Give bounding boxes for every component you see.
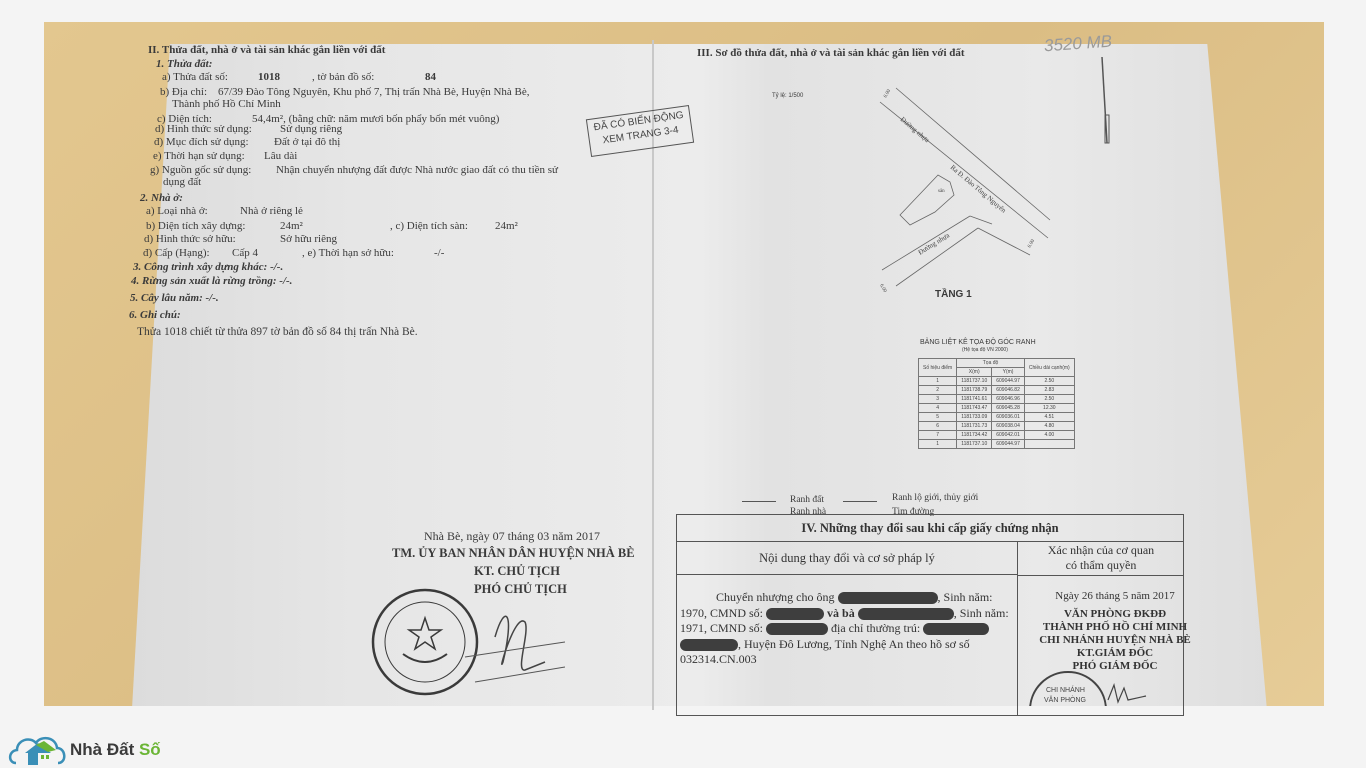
confirm-header-line1: Xác nhận của cơ quan [1018, 543, 1184, 558]
ownership-form-label: d) Hình thức sở hữu: [144, 234, 236, 245]
address-label: b) Địa chỉ: [160, 87, 207, 98]
coord-cell-length: 4.80 [1024, 422, 1074, 431]
col-point-header: Số hiệu điểm [919, 359, 957, 377]
brand-name-accent: Số [139, 740, 161, 759]
changes-content-header: Nội dung thay đổi và cơ sở pháp lý [677, 542, 1017, 575]
change-text-6: 1971, CMND số: [680, 621, 763, 635]
land-heading: 1. Thửa đất: [156, 59, 212, 70]
brand-name-main: Nhà Đất [70, 740, 139, 759]
ownership-term-value: -/- [434, 248, 444, 259]
svg-text:VĂN PHÒNG: VĂN PHÒNG [1044, 695, 1086, 704]
dossier-number: 032314.CN.003 [680, 652, 757, 666]
planted-forest: 4. Rừng sản xuất là rừng trồng: -/-. [131, 276, 292, 287]
coord-cell-length: 4.51 [1024, 413, 1074, 422]
change-text-5: , Sinh năm: [954, 606, 1009, 620]
coord-cell-y: 609046.82 [992, 386, 1025, 395]
floor-area-label: , c) Diện tích sàn: [390, 221, 468, 232]
svg-text:Đường nhựa: Đường nhựa [899, 115, 932, 144]
coord-cell-y: 609046.96 [992, 395, 1025, 404]
confirm-role1: KT.GIÁM ĐỐC [1030, 647, 1200, 660]
svg-text:6.00: 6.00 [883, 88, 892, 99]
change-content: Chuyển nhượng cho ông , Sinh năm: 1970, … [680, 590, 1020, 668]
coordinate-table: Số hiệu điểm Tọa độ Chiều dài cạnh(m) X(… [918, 358, 1075, 449]
coord-cell-point: 7 [919, 431, 957, 440]
map-scale: Tỷ lệ: 1/500 [772, 93, 803, 99]
legend-road-line [843, 501, 877, 502]
ownership-term-label: , e) Thời hạn sở hữu: [302, 248, 394, 259]
change-text-8: , Huyện Đô Lương, Tỉnh Nghệ An theo hồ s… [738, 637, 970, 651]
svg-text:Ra Đ. Đào Tông Nguyên: Ra Đ. Đào Tông Nguyên [949, 163, 1008, 214]
land-number-label: a) Thửa đất số: [162, 72, 228, 83]
col-coord-header: Tọa độ [957, 359, 1025, 368]
section-ii-title: II. Thửa đất, nhà ở và tài sản khác gắn … [148, 45, 385, 56]
confirm-header-line2: có thẩm quyền [1018, 558, 1184, 573]
issuing-org: TM. ỦY BAN NHÂN DÂN HUYỆN NHÀ BÈ [392, 547, 635, 560]
coord-cell-length: 2.83 [1024, 386, 1074, 395]
usage-term-value: Lâu dài [264, 151, 297, 162]
coord-cell-x: 1181737.10 [957, 440, 992, 449]
change-text-7: địa chỉ thường trú: [831, 621, 920, 635]
address-value-line1: 67/39 Đào Tông Nguyên, Khu phố 7, Thị tr… [218, 87, 530, 98]
notes-text: Thửa 1018 chiết từ thửa 897 tờ bản đồ số… [137, 327, 418, 339]
coord-row: 31181741.61609046.962.50 [919, 395, 1075, 404]
coord-cell-x: 1181731.73 [957, 422, 992, 431]
house-type-label: a) Loại nhà ở: [146, 206, 208, 217]
cloud-house-icon [8, 733, 68, 767]
perennial-trees: 5. Cây lâu năm: -/-. [130, 293, 219, 304]
coord-cell-x: 1181734.42 [957, 431, 992, 440]
usage-purpose-value: Đất ở tại đô thị [274, 137, 340, 148]
origin-label: g) Nguồn gốc sử dụng: [150, 165, 251, 176]
changes-confirm-header: Xác nhận của cơ quan có thẩm quyền [1017, 542, 1184, 576]
col-length-header: Chiều dài cạnh(m) [1024, 359, 1074, 377]
origin-value-line1: Nhận chuyển nhượng đất được Nhà nước gia… [276, 165, 558, 176]
confirm-date: Ngày 26 tháng 5 năm 2017 [1030, 590, 1200, 602]
change-text-1: Chuyển nhượng cho ông [680, 590, 835, 604]
coord-cell-point: 1 [919, 440, 957, 449]
coord-cell-point: 5 [919, 413, 957, 422]
coord-cell-x: 1181741.61 [957, 395, 992, 404]
confirm-org2: THÀNH PHỐ HỒ CHÍ MINH [1030, 621, 1200, 634]
signer-role1: KT. CHỦ TỊCH [474, 565, 560, 578]
house-heading: 2. Nhà ở: [140, 193, 183, 204]
confirm-org1: VĂN PHÒNG ĐKĐĐ [1030, 608, 1200, 621]
brand-logo[interactable]: Nhà Đất Số [8, 733, 161, 767]
redacted-id-2 [766, 623, 828, 635]
usage-form-label: d) Hình thức sử dụng: [155, 124, 252, 135]
map-number-label: , tờ bản đồ số: [312, 72, 374, 83]
redacted-id-1 [766, 608, 824, 620]
coord-cell-point: 6 [919, 422, 957, 431]
redacted-name-2 [858, 608, 954, 620]
changes-title: IV. Những thay đổi sau khi cấp giấy chứn… [677, 515, 1183, 542]
grade-label: đ) Cấp (Hạng): [143, 248, 210, 259]
coord-row: 11181737.10609044.97 [919, 440, 1075, 449]
col-y-header: Y(m) [992, 368, 1025, 377]
coord-cell-y: 609038.04 [992, 422, 1025, 431]
coord-row: 71181734.42609042.014.00 [919, 431, 1075, 440]
coord-cell-y: 609042.01 [992, 431, 1025, 440]
issue-date: Nhà Bè, ngày 07 tháng 03 năm 2017 [424, 530, 600, 542]
legend-road-boundary: Ranh lộ giới, thủy giới [892, 494, 978, 504]
change-text-4: và bà [827, 606, 855, 620]
change-text-2: , Sinh năm: [938, 590, 993, 604]
coord-cell-y: 609044.97 [992, 440, 1025, 449]
coord-row: 51181733.09609036.014.51 [919, 413, 1075, 422]
floor-area-value: 24m² [495, 221, 518, 232]
coord-table-subtitle: (Hệ tọa độ VN 2000) [962, 348, 1008, 353]
land-number-value: 1018 [258, 72, 280, 83]
coord-cell-x: 1181733.09 [957, 413, 992, 422]
legend-land-boundary: Ranh đất [790, 496, 824, 506]
coord-cell-length: 2.50 [1024, 377, 1074, 386]
change-text-3: 1970, CMND số: [680, 606, 763, 620]
north-arrow-icon [1098, 55, 1114, 150]
official-seal-icon [365, 582, 565, 707]
svg-text:Đường nhựa: Đường nhựa [917, 231, 952, 257]
coord-cell-y: 609044.97 [992, 377, 1025, 386]
usage-term-label: e) Thời hạn sử dụng: [153, 151, 245, 162]
address-value-line2: Thành phố Hồ Chí Minh [172, 99, 281, 110]
usage-purpose-label: đ) Mục đích sử dụng: [154, 137, 249, 148]
coord-cell-x: 1181738.79 [957, 386, 992, 395]
coord-cell-point: 3 [919, 395, 957, 404]
svg-text:6.00: 6.00 [878, 284, 887, 295]
legend-land-line [742, 501, 776, 502]
grade-value: Cấp 4 [232, 248, 258, 259]
col-x-header: X(m) [957, 368, 992, 377]
coord-row: 11181737.10609044.972.50 [919, 377, 1075, 386]
coord-row: 21181738.79609046.822.83 [919, 386, 1075, 395]
redacted-address-2 [680, 639, 738, 651]
svg-text:CHI NHÁNH: CHI NHÁNH [1046, 685, 1085, 694]
build-area-label: b) Diện tích xây dựng: [146, 221, 245, 232]
map-number-value: 84 [425, 72, 436, 83]
coord-cell-length: 4.00 [1024, 431, 1074, 440]
usage-form-value: Sử dụng riêng [280, 124, 342, 135]
redacted-name-1 [838, 592, 938, 604]
ownership-form-value: Sở hữu riêng [280, 234, 337, 245]
other-construction: 3. Công trình xây dựng khác: -/-. [133, 262, 283, 273]
coord-cell-y: 609036.01 [992, 413, 1025, 422]
branch-seal-icon: CHI NHÁNH VĂN PHÒNG [1028, 660, 1148, 706]
coord-cell-length [1024, 440, 1074, 449]
section-iii-title: III. Sơ đồ thửa đất, nhà ở và tài sản kh… [697, 48, 965, 59]
redacted-address-1 [923, 623, 989, 635]
house-type-value: Nhà ở riêng lẻ [240, 206, 303, 217]
svg-text:sân: sân [938, 189, 945, 194]
floor-label: TẦNG 1 [935, 290, 972, 300]
coord-cell-point: 1 [919, 377, 957, 386]
confirm-org3: CHI NHÁNH HUYỆN NHÀ BÈ [1030, 634, 1200, 647]
coord-cell-length: 2.50 [1024, 395, 1074, 404]
coord-cell-x: 1181743.47 [957, 404, 992, 413]
origin-value-line2: dụng đất [163, 177, 201, 188]
coord-cell-length: 12.30 [1024, 404, 1074, 413]
coord-row: 61181731.73609038.044.80 [919, 422, 1075, 431]
build-area-value: 24m² [280, 221, 303, 232]
svg-text:6.00: 6.00 [1027, 238, 1036, 249]
coord-row: 41181743.47609045.2812.30 [919, 404, 1075, 413]
coord-cell-x: 1181737.10 [957, 377, 992, 386]
coord-cell-point: 2 [919, 386, 957, 395]
parcel-sketch-map: Đường nhựa Ra Đ. Đào Tông Nguyên Đường n… [860, 80, 1060, 300]
notes-heading: 6. Ghi chú: [129, 310, 181, 321]
coord-table-title: BẢNG LIỆT KÊ TỌA ĐỘ GÓC RANH [920, 339, 1036, 346]
coord-cell-point: 4 [919, 404, 957, 413]
brand-name: Nhà Đất Số [70, 740, 161, 760]
coord-cell-y: 609045.28 [992, 404, 1025, 413]
